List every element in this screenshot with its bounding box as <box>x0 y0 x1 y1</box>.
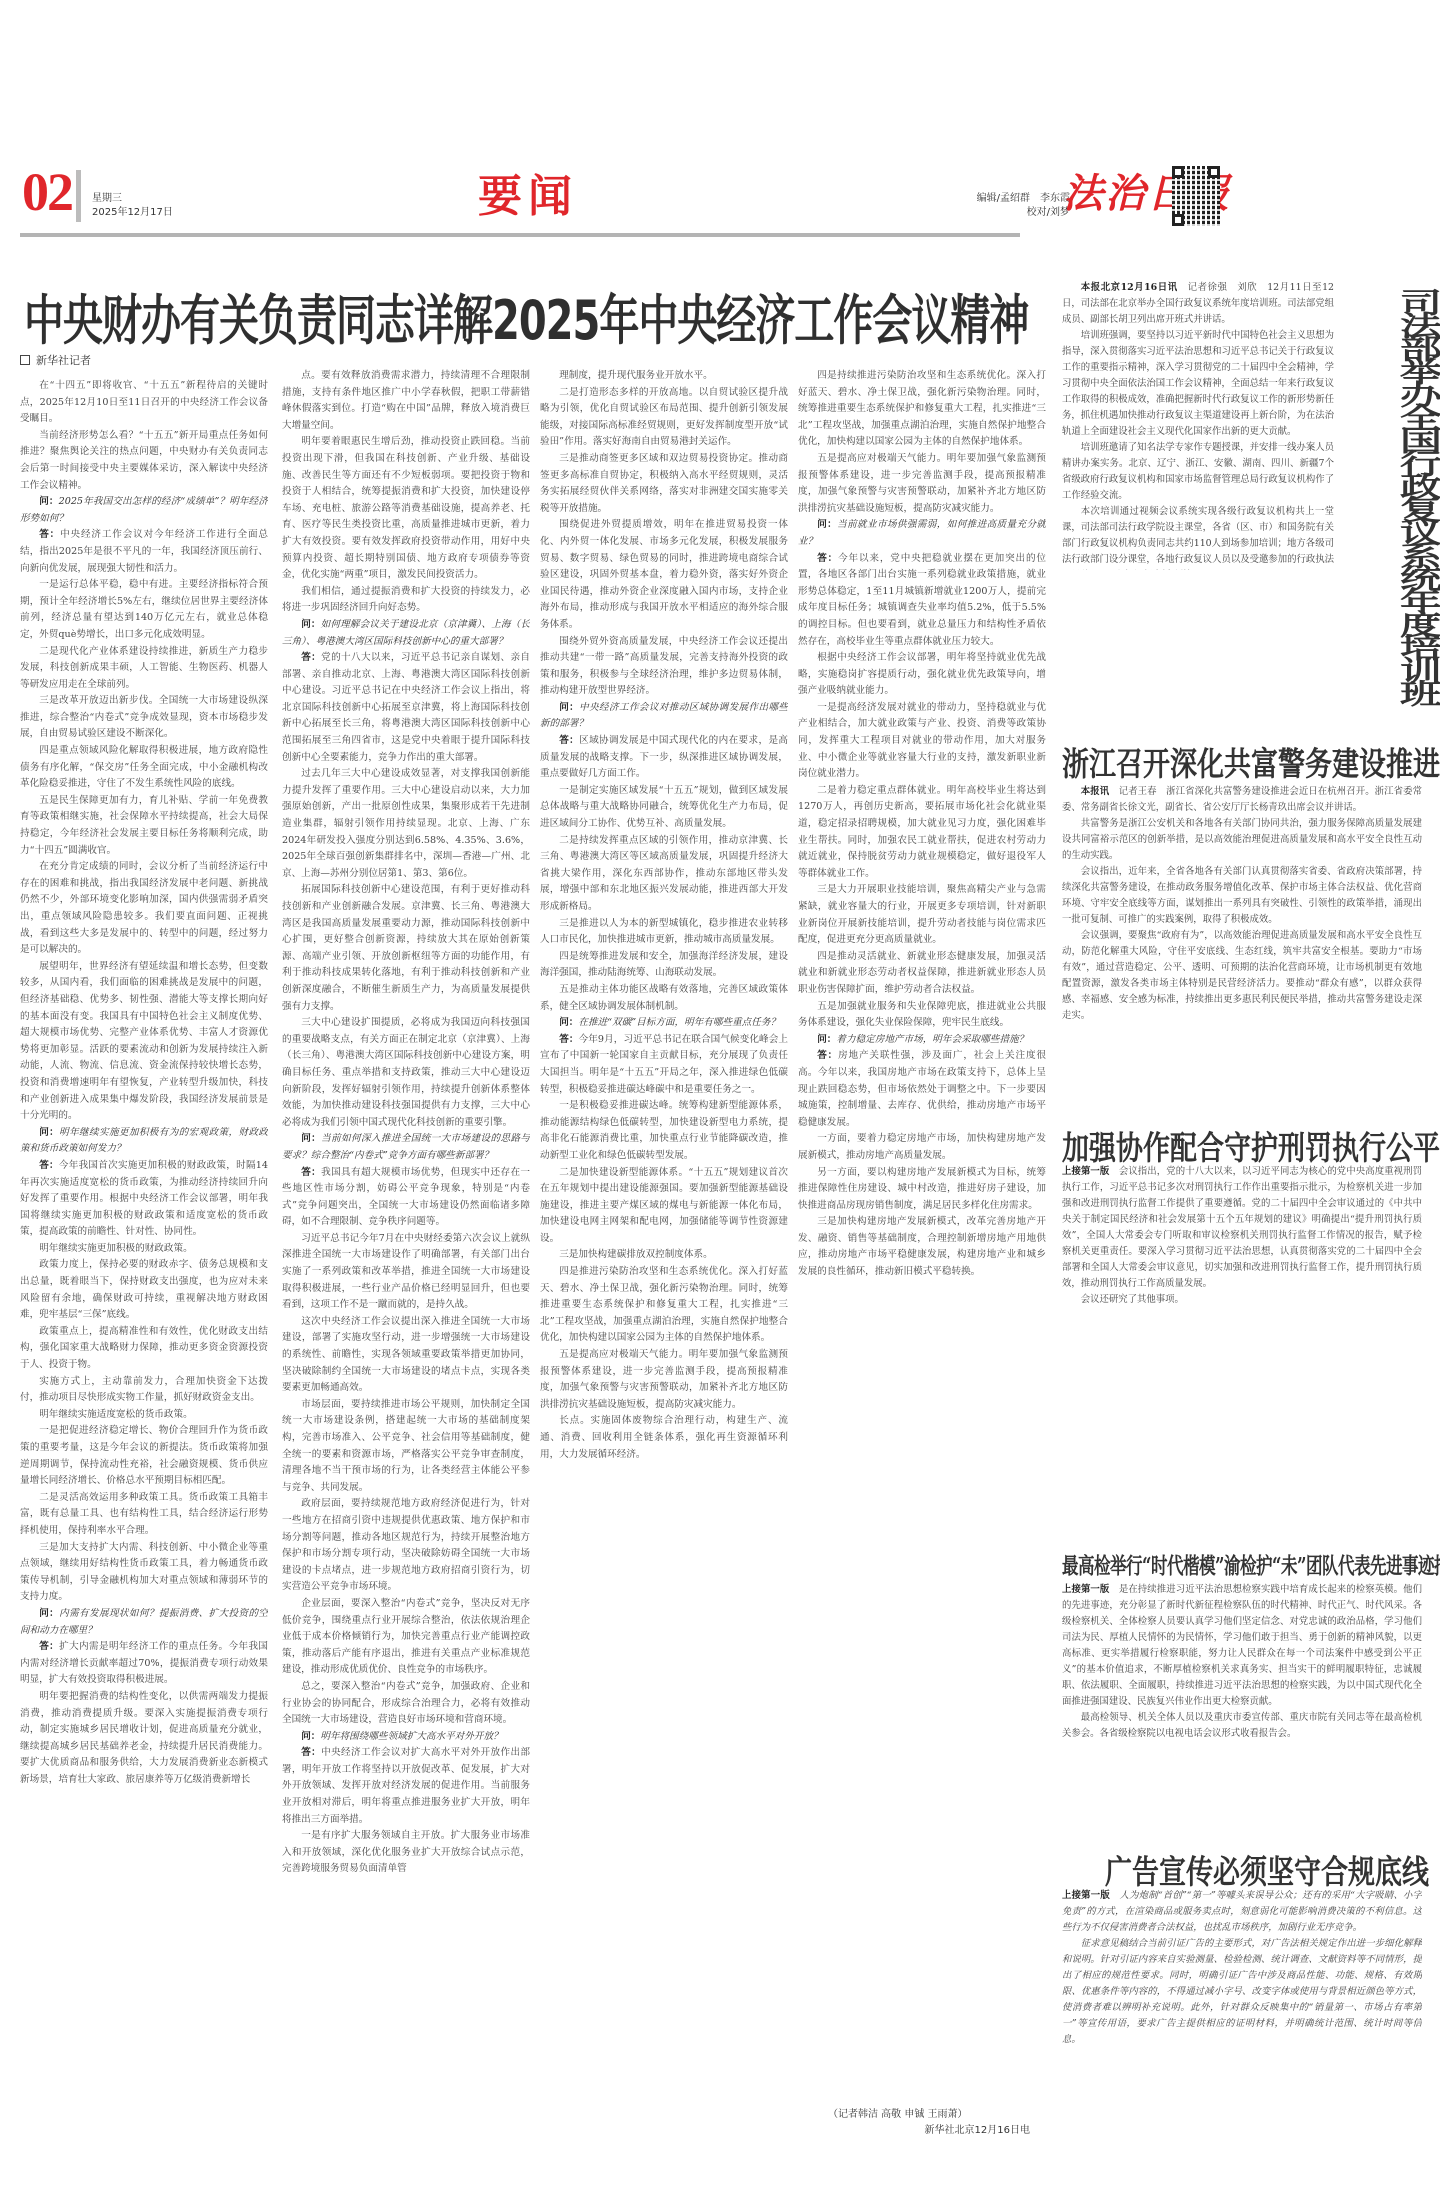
answer-paragraph: 答：党的十八大以来，习近平总书记亲自谋划、亲自部署、亲自推动北京、上海、粤港澳大… <box>282 650 530 766</box>
story-paragraph: 上接第一版 是在持续推进习近平法治思想检察实践中培育成长起来的检察英模。他们的先… <box>1062 1582 1422 1710</box>
answer-label: 答： <box>817 1050 838 1061</box>
body-paragraph: 明年继续实施适度宽松的货币政策。 <box>20 1407 268 1424</box>
body-paragraph: 三大中心建设扩围提质，必将成为我国迈向科技强国的重要战略支点，有关方面正在制定北… <box>282 1015 530 1131</box>
body-paragraph: 这次中央经济工作会议提出深入推进全国统一大市场建设，部署了实施攻坚行动，进一步增… <box>282 1314 530 1397</box>
side-headline-penalty-execution[interactable]: 加强协作配合守护刑罚执行公平正义 <box>1062 1122 1422 1169</box>
body-paragraph: 二是现代化产业体系建设持续推进，新质生产力稳步发展，科技创新成果丰硕，人工智能、… <box>20 644 268 694</box>
body-paragraph: 三是加大支持扩大内需、科技创新、中小微企业等重点领域，继续用好结构性货币政策工具… <box>20 1540 268 1606</box>
side-story-advertising: 上接第一版 人为炮制“首创”“第一”等噱头来误导公众；还有的采用“大字吸睛、小字… <box>1062 1888 1422 2178</box>
story-paragraph: 本报讯 记者王春 浙江省深化共富警务建设推进会近日在杭州召开。浙江省委常委、常务… <box>1062 784 1422 816</box>
body-paragraph: 理制度，提升现代服务业开放水平。 <box>540 368 788 385</box>
page-masthead: 02 星期三 2025年12月17日 要闻 编辑/孟绍群 李东霞 校对/刘梦 法… <box>0 0 1440 240</box>
question-label: 问： <box>39 1127 59 1138</box>
main-headline[interactable]: 中央财办有关负责同志详解2025年中央经济工作会议精神 <box>24 278 1044 355</box>
answer-label: 答： <box>39 1641 59 1652</box>
question-paragraph: 问：如何理解会议关于建设北京（京津冀）、上海（长三角）、粤港澳大湾区国际科技创新… <box>282 617 530 650</box>
body-paragraph: 习近平总书记今年7月在中央财经委第六次会议上就纵深推进全国统一大市场建设作了明确… <box>282 1231 530 1314</box>
body-paragraph: 二是灵活高效运用多种政策工具。货币政策工具箱丰富，既有总量工具、也有结构性工具，… <box>20 1490 268 1540</box>
body-paragraph: 五是民生保障更加有力，育儿补贴、学前一年免费教育等政策相继实施，社会保障水平持续… <box>20 793 268 859</box>
body-paragraph: 当前经济形势怎么看？“十五五”新开局重点任务如何推进？聚焦舆论关注的热点问题，中… <box>20 428 268 494</box>
body-paragraph: 另一方面，要以构建房地产发展新模式为目标，统筹推进保障性住房建设、城中村改造，推… <box>798 1165 1046 1215</box>
body-paragraph: 我们相信，通过提振消费和扩大投资的持续发力，必将进一步巩固经济回升向好态势。 <box>282 584 530 617</box>
story-paragraph: 培训班强调，要坚持以习近平新时代中国特色社会主义思想为指导，深入贯彻落实习近平法… <box>1062 328 1334 440</box>
body-paragraph: 过去几年三大中心建设成效显著，对支撑我国创新能力提升发挥了重要作用。三大中心建设… <box>282 766 530 882</box>
question-paragraph: 问：中央经济工作会议对推动区域协调发展作出哪些新的部署？ <box>540 700 788 733</box>
body-paragraph: 点。要有效释放消费需求潜力，持续清理不合理限制措施，支持有条件地区推广中小学春秋… <box>282 368 530 434</box>
article-column-1: 在“十四五”即将收官、“十五五”新程待启的关键时点，2025年12月10日至11… <box>20 378 268 2178</box>
masthead-rule <box>20 233 1020 237</box>
body-paragraph: 根据中央经济工作会议部署，明年将坚持就业优先战略，实施稳岗扩容提质行动，强化就业… <box>798 650 1046 700</box>
qr-code-icon[interactable] <box>1172 166 1220 226</box>
story-paragraph: 培训班邀请了知名法学专家作专题授课，并安排一线办案人员精讲办案实务。北京、辽宁、… <box>1062 440 1334 504</box>
side-headline-zhejiang[interactable]: 浙江召开深化共富警务建设推进会 <box>1062 738 1422 785</box>
continued-from-label: 上接第一版 <box>1062 1890 1120 1901</box>
body-paragraph: 三是大力开展职业技能培训，聚焦高精尖产业与急需紧缺，就业容量大的行业，开展更多专… <box>798 882 1046 948</box>
article-column-4: 四是持续推进污染防治攻坚和生态系统优化。深入打好蓝天、碧水、净土保卫战，强化新污… <box>798 368 1046 2103</box>
body-paragraph: 企业层面，要深入整治“内卷式”竞争，坚决反对无序低价竞争，围绕重点行业开展综合整… <box>282 1596 530 1679</box>
page-number-divider <box>76 170 81 222</box>
body-paragraph: 一是积极稳妥推进碳达峰。统筹构建新型能源体系，推动能源结构绿色低碳转型，加快建设… <box>540 1098 788 1164</box>
body-paragraph: 四是推动灵活就业、新就业形态健康发展，加强灵活就业和新就业形态劳动者权益保障，推… <box>798 949 1046 999</box>
signoff-reporters: （记者韩洁 高敬 申铖 王雨萧） <box>800 2107 1050 2123</box>
continued-from-label: 上接第一版 <box>1062 1584 1119 1595</box>
story-paragraph: 征求意见稿结合当前引证广告的主要形式，对广告法相关规定作出进一步细化解释和说明。… <box>1062 1936 1422 2048</box>
byline-box-icon <box>20 355 30 365</box>
answer-paragraph: 答：今年以来，党中央把稳就业摆在更加突出的位置，各地区各部门出台实施一系列稳就业… <box>798 551 1046 651</box>
body-paragraph: 一是把促进经济稳定增长、物价合理回升作为货币政策的重要考量，这是今年会议的新提法… <box>20 1423 268 1489</box>
question-paragraph: 问：内需有发展现状如何？提振消费、扩大投资的空间和动力在哪里？ <box>20 1606 268 1639</box>
dateline: 本报讯 <box>1081 786 1119 797</box>
body-paragraph: 五是加强就业服务和失业保障兜底，推进就业公共服务体系建设，强化失业保险保障，兜牢… <box>798 999 1046 1032</box>
story-paragraph: 本次培训通过视频会议系统实现各级行政复议机构共上一堂课，司法部司法行政学院设主课… <box>1062 504 1334 570</box>
question-label: 问： <box>817 519 837 530</box>
answer-label: 答： <box>301 652 321 663</box>
answer-label: 答： <box>559 1034 578 1045</box>
question-label: 问： <box>39 496 58 507</box>
side-headline-judicial-training[interactable]: 司法部举办全国行政复议系统年度培训班 <box>1352 285 1436 705</box>
answer-label: 答： <box>559 735 579 746</box>
issue-date-block: 星期三 2025年12月17日 <box>92 192 173 220</box>
weekday: 星期三 <box>92 192 173 206</box>
question-paragraph: 问：明年将围绕哪些领域扩大高水平对外开放？ <box>282 1729 530 1746</box>
story-paragraph: 会议指出，近年来，全省各地各有关部门认真贯彻落实省委、省政府决策部署，持续深化共… <box>1062 864 1422 928</box>
answer-paragraph: 答：扩大内需是明年经济工作的重点任务。今年我国内需对经济增长贡献率超过70%，提… <box>20 1639 268 1689</box>
body-paragraph: 明年要着眼惠民生增后劲，推动投资止跌回稳。当前投资出现下滑，但我国在科技创新、产… <box>282 434 530 583</box>
body-paragraph: 三是加快构建房地产发展新模式，改革完善房地产开发、融资、销售等基础制度，合理控制… <box>798 1214 1046 1280</box>
question-label: 问： <box>39 1608 59 1619</box>
body-paragraph: 四是推进污染防治攻坚和生态系统优化。深入打好蓝天、碧水、净土保卫战，强化新污染物… <box>540 1264 788 1347</box>
continued-from-label: 上接第一版 <box>1062 1166 1119 1177</box>
story-paragraph: 会议还研究了其他事项。 <box>1062 1292 1422 1308</box>
question-paragraph: 问：着力稳定房地产市场，明年会采取哪些措施？ <box>798 1032 1046 1049</box>
body-paragraph: 四是重点领域风险化解取得积极进展，地方政府隐性债务有序化解，“保交房”任务全面完… <box>20 743 268 793</box>
answer-paragraph: 答：中央经济工作会议对扩大高水平对外开放作出部署，明年开放工作将坚持以开放促改革… <box>282 1745 530 1828</box>
body-paragraph: 一是制定实施区域发展“十五五”规划，做到区域发展总体战略与重大战略协同融合，统筹… <box>540 783 788 833</box>
byline-text: 新华社记者 <box>36 354 91 367</box>
side-headline-advertising[interactable]: 广告宣传必须坚守合规底线 <box>1105 1846 1440 1893</box>
side-story-judicial-training: 本报北京12月16日讯 记者徐强 刘欣 12月11日至12日，司法部在北京举办全… <box>1062 280 1334 570</box>
body-paragraph: 五是提高应对极端天气能力。明年要加强气象监测预报预警体系建设，进一步完善监测手段… <box>798 451 1046 517</box>
body-paragraph: 二是着力稳定重点群体就业。明年高校毕业生将达到1270万人，再创历史新高，要拓展… <box>798 783 1046 883</box>
byline: 新华社记者 <box>20 352 91 368</box>
answer-label: 答： <box>39 1160 59 1171</box>
body-paragraph: 三是加快构建碳排放双控制度体系。 <box>540 1247 788 1264</box>
answer-paragraph: 答：区域协调发展是中国式现代化的内在要求，是高质量发展的战略支撑。下一步，纵深推… <box>540 733 788 783</box>
question-label: 问： <box>817 1034 836 1045</box>
body-paragraph: 五是提高应对极端天气能力。明年要加强气象监测预报预警体系建设，进一步完善监测手段… <box>540 1347 788 1413</box>
body-paragraph: 在“十四五”即将收官、“十五五”新程待启的关键时点，2025年12月10日至11… <box>20 378 268 428</box>
answer-label: 答： <box>301 1747 321 1758</box>
answer-paragraph: 答：今年9月，习近平总书记在联合国气候变化峰会上宣布了中国新一轮国家自主贡献目标… <box>540 1032 788 1098</box>
body-paragraph: 明年继续实施更加积极的财政政策。 <box>20 1241 268 1258</box>
body-paragraph: 三是推动商签更多区域和双边贸易投资协定。推动商签更多高标准自贸协定，积极纳入高水… <box>540 451 788 517</box>
side-story-procuratorate: 上接第一版 是在持续推进习近平法治思想检察实践中培育成长起来的检察英模。他们的先… <box>1062 1582 1422 1822</box>
editors: 编辑/孟绍群 李东霞 <box>960 192 1070 206</box>
answer-label: 答： <box>817 553 838 564</box>
body-paragraph: 一是运行总体平稳，稳中有进。主要经济指标符合预期，预计全年经济增长5%左右，继续… <box>20 577 268 643</box>
body-paragraph: 实施方式上，主动靠前发力，合理加快资金下达拨付，推动项目尽快形成实物工作量，抓好… <box>20 1374 268 1407</box>
question-paragraph: 问：当前就业市场供强需弱，如何推进高质量充分就业？ <box>798 517 1046 550</box>
answer-label: 答： <box>301 1167 321 1178</box>
story-paragraph: 会议强调，要聚焦“政府有为”，以高效能治理促进高质量发展和高水平安全良性互动，防… <box>1062 928 1422 1024</box>
dateline: 本报北京12月16日讯 <box>1081 282 1188 293</box>
body-paragraph: 长点。实施固体废物综合治理行动，构建生产、流通、消费、回收利用全链条体系，强化再… <box>540 1413 788 1463</box>
answer-label: 答： <box>39 529 60 540</box>
side-headline-procuratorate[interactable]: 最高检举行“时代楷模”渝检护“未”团队代表先进事迹报告会 <box>1062 1548 1422 1580</box>
section-title: 要闻 <box>478 160 578 224</box>
body-paragraph: 四是持续推进污染防治攻坚和生态系统优化。深入打好蓝天、碧水、净土保卫战，强化新污… <box>798 368 1046 451</box>
question-paragraph: 问：在推进“双碳”目标方面，明年有哪些重点任务？ <box>540 1015 788 1032</box>
question-label: 问： <box>559 1017 578 1028</box>
page-number: 02 <box>22 165 72 219</box>
question-paragraph: 问：当前如何深入推进全国统一大市场建设的思路与要求？综合整治“内卷式”竞争方面有… <box>282 1131 530 1164</box>
body-paragraph: 三是改革开放迈出新步伐。全国统一大市场建设纵深推进，综合整治“内卷式”竞争成效显… <box>20 693 268 743</box>
body-paragraph: 一是有序扩大服务领域自主开放。扩大服务业市场准入和开放领域，深化优化服务业扩大开… <box>282 1828 530 1878</box>
body-paragraph: 在充分肯定成绩的同时，会议分析了当前经济运行中存在的困难和挑战，指出我国经济发展… <box>20 859 268 959</box>
question-paragraph: 问：2025年我国交出怎样的经济“成绩单”？明年经济形势如何？ <box>20 494 268 527</box>
article-column-2: 点。要有效释放消费需求潜力，持续清理不合理限制措施，支持有条件地区推广中小学春秋… <box>282 368 530 2178</box>
question-label: 问： <box>301 619 320 630</box>
editor-credits: 编辑/孟绍群 李东霞 校对/刘梦 <box>960 192 1070 220</box>
story-paragraph: 上接第一版 会议指出，党的十八大以来，以习近平同志为核心的党中央高度重视刑罚执行… <box>1062 1164 1422 1292</box>
reporters: 记者王春 <box>1119 786 1166 797</box>
story-paragraph: 共富警务是浙江公安机关和各地各有关部门协同共治，强力服务保障高质量发展建设共同富… <box>1062 816 1422 864</box>
body-paragraph: 政策重点上，提高精准性和有效性，优化财政支出结构，强化国家重大战略财力保障，推动… <box>20 1324 268 1374</box>
answer-paragraph: 答：中央经济工作会议对今年经济工作进行全面总结，指出2025年是很不平凡的一年，… <box>20 527 268 577</box>
side-story-penalty-execution: 上接第一版 会议指出，党的十八大以来，以习近平同志为核心的党中央高度重视刑罚执行… <box>1062 1164 1422 1516</box>
question-label: 问： <box>301 1731 320 1742</box>
body-paragraph: 明年要把握消费的结构性变化，以供需两端发力提振消费，推动消费提质升级。要深入实施… <box>20 1689 268 1789</box>
body-paragraph: 二是加快建设新型能源体系。“十五五”规划建议首次在五年规划中提出建设能源强国。要… <box>540 1165 788 1248</box>
body-paragraph: 市场层面，要持续推进市场公平规则，加快制定全国统一大市场建设条例，搭建起统一大市… <box>282 1397 530 1497</box>
proofreader: 校对/刘梦 <box>960 206 1070 220</box>
body-paragraph: 二是持续发挥重点区域的引领作用，推动京津冀、长三角、粤港澳大湾区等区域高质量发展… <box>540 833 788 916</box>
body-paragraph: 三是推进以人为本的新型城镇化，稳步推进农业转移人口市民化，加快推进城市更新，推动… <box>540 916 788 949</box>
story-paragraph: 上接第一版 人为炮制“首创”“第一”等噱头来误导公众；还有的采用“大字吸睛、小字… <box>1062 1888 1422 1936</box>
question-label: 问： <box>559 702 579 713</box>
body-paragraph: 围绕外贸外资高质量发展，中央经济工作会议还提出推动共建“一带一路”高质量发展，完… <box>540 634 788 700</box>
signoff-dateline: 新华社北京12月16日电 <box>800 2123 1050 2139</box>
story-paragraph: 最高检领导、机关全体人员以及重庆市委宣传部、重庆市院有关同志等在最高检机关参会。… <box>1062 1710 1422 1742</box>
body-paragraph: 政府层面，要持续规范地方政府经济促进行为，针对一些地方在招商引资中违规提供优惠政… <box>282 1496 530 1596</box>
body-paragraph: 围绕促进外贸提质增效，明年在推进贸易投资一体化、内外贸一体化发展、市场多元化发展… <box>540 517 788 633</box>
answer-paragraph: 答：今年我国首次实施更加积极的财政政策，时隔14年再次实施适度宽松的货币政策，为… <box>20 1158 268 1241</box>
body-paragraph: 一方面，要着力稳定房地产市场，加快构建房地产发展新模式，推动房地产高质量发展。 <box>798 1131 1046 1164</box>
reporters: 记者徐强 刘欣 <box>1188 282 1268 293</box>
body-paragraph: 一是提高经济发展对就业的带动力，坚持稳就业与优产业相结合，加大就业政策与产业、投… <box>798 700 1046 783</box>
side-story-zhejiang: 本报讯 记者王春 浙江省深化共富警务建设推进会近日在杭州召开。浙江省委常委、常务… <box>1062 784 1422 1084</box>
question-label: 问： <box>301 1133 321 1144</box>
body-paragraph: 政策力度上，保持必要的财政赤字、债务总规模和支出总量，既着眼当下，保持财政支出强… <box>20 1257 268 1323</box>
body-paragraph: 五是推动主体功能区战略有效落地，完善区域政策体系，健全区域协调发展体制机制。 <box>540 982 788 1015</box>
body-paragraph: 四是统筹推进发展和安全，加强海洋经济发展，建设海洋强国，推动陆海统筹、山海联动发… <box>540 949 788 982</box>
answer-paragraph: 答：房地产关联性强，涉及面广，社会上关注度很高。今年以来，我国房地产市场在政策支… <box>798 1048 1046 1131</box>
body-paragraph: 拓展国际科技创新中心建设范围，有利于更好推动科技创新和产业创新融合发展。京津冀、… <box>282 882 530 1015</box>
body-paragraph: 二是打造形态多样的开放高地。以自贸试验区提升战略为引领，优化自贸试验区布局范围、… <box>540 385 788 451</box>
article-column-3: 理制度，提升现代服务业开放水平。二是打造形态多样的开放高地。以自贸试验区提升战略… <box>540 368 788 2178</box>
question-paragraph: 问：明年继续实施更加积极有为的宏观政策，财政政策和货币政策如何发力？ <box>20 1125 268 1158</box>
body-paragraph: 展望明年，世界经济有望延续温和增长态势，但变数较多，从国内看，我们面临的困难挑战… <box>20 959 268 1125</box>
story-paragraph: 本报北京12月16日讯 记者徐强 刘欣 12月11日至12日，司法部在北京举办全… <box>1062 280 1334 328</box>
article-signoff: （记者韩洁 高敬 申铖 王雨萧） 新华社北京12月16日电 <box>800 2107 1050 2139</box>
body-paragraph: 总之，要深入整治“内卷式”竞争，加强政府、企业和行业协会的协同配合，形成综合治理… <box>282 1679 530 1729</box>
date: 2025年12月17日 <box>92 206 173 220</box>
answer-paragraph: 答：我国具有超大规模市场优势，但现实中还存在一些地区性市场分割，妨碍公平竞争现象… <box>282 1165 530 1231</box>
